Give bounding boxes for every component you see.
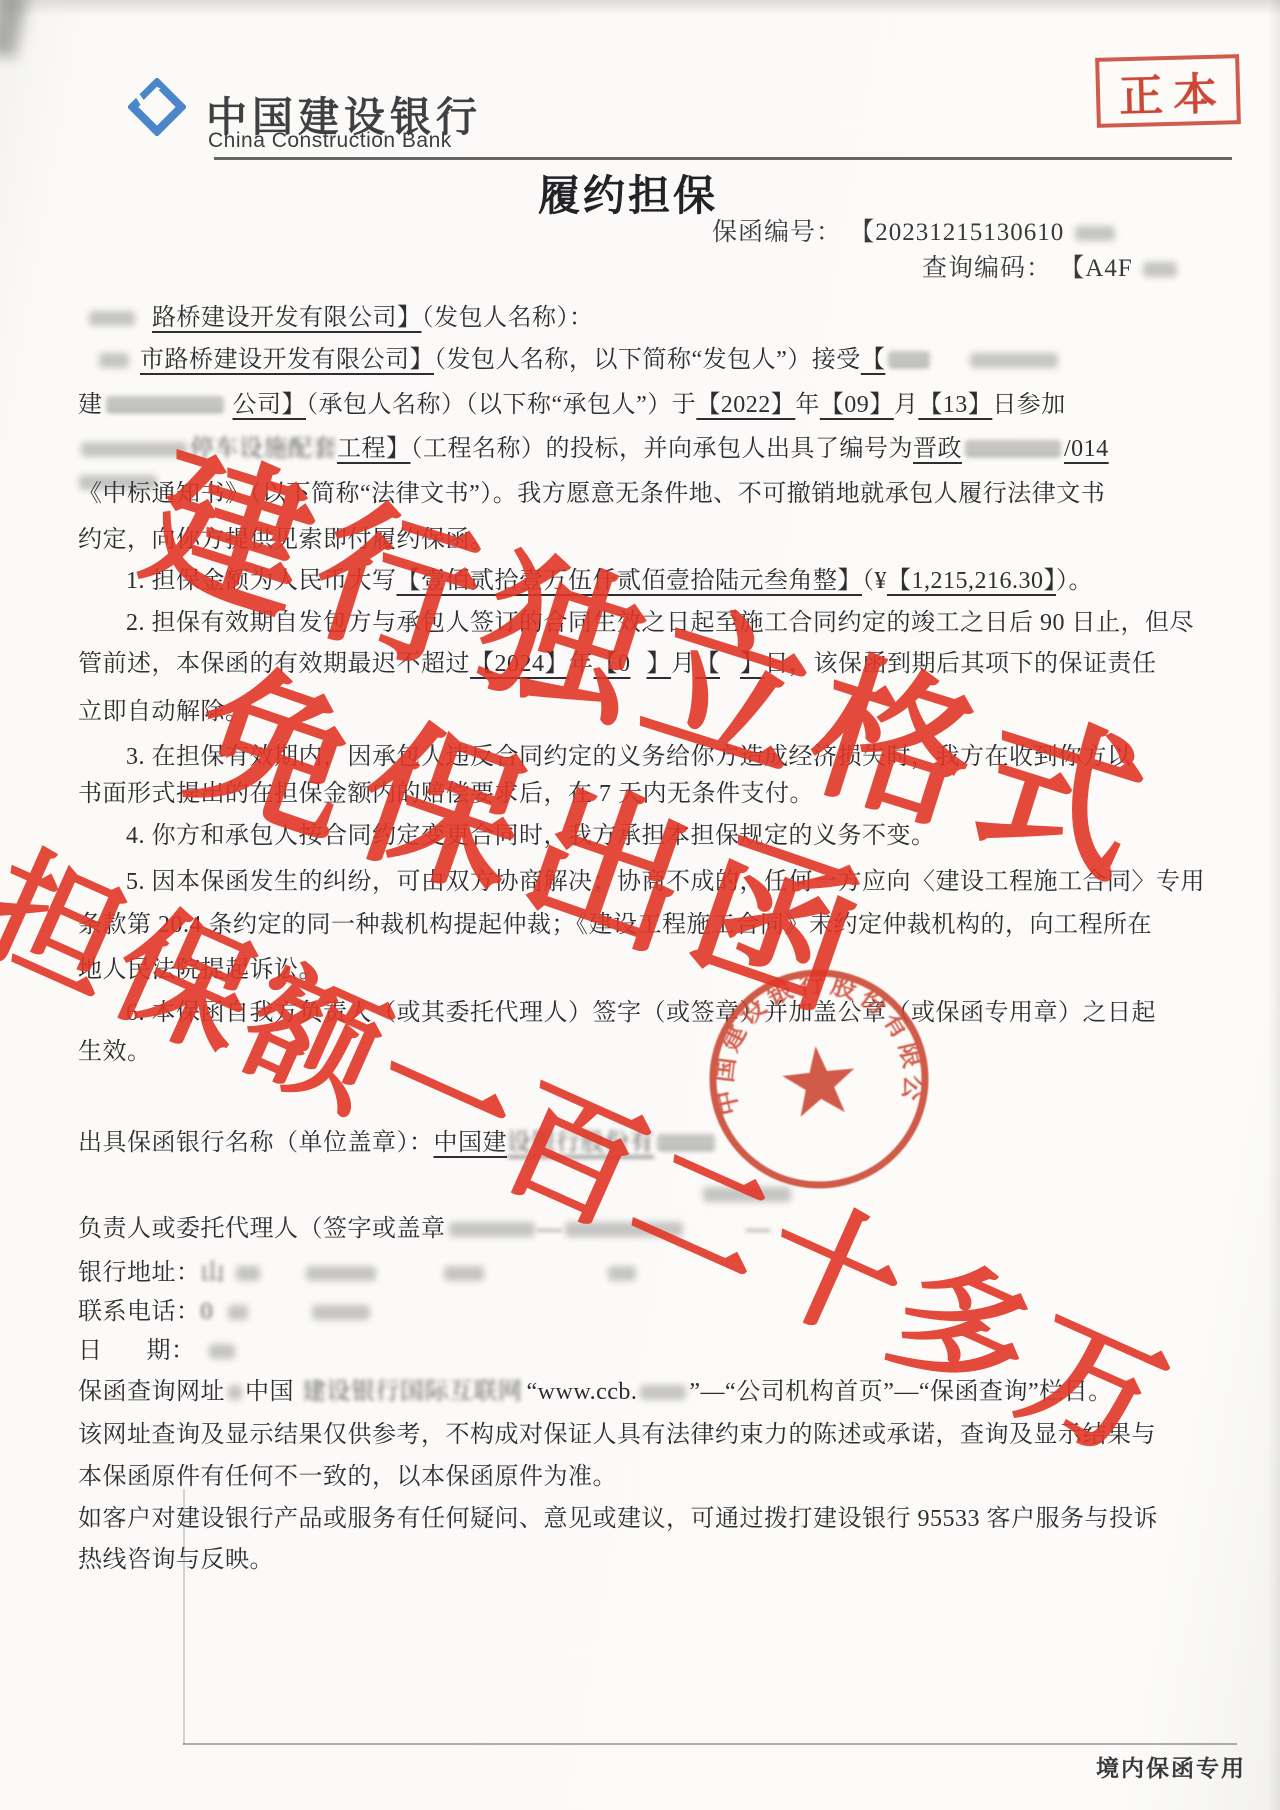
redaction bbox=[228, 1385, 242, 1400]
guarantee-number-label: 保函编号： bbox=[712, 219, 842, 246]
text-segment: 如客户对建设银行产品或服务有任何疑问、意见或建议，可通过拨打建设银行 95533… bbox=[78, 1506, 1158, 1532]
text-segment: （承包人名称）（以下称“承包人”）于 bbox=[306, 392, 696, 418]
text-segment: （工程名称）的投标，并向承包人出具了编号为 bbox=[411, 436, 914, 462]
document-line: 路桥建设开发有限公司】（发包人名称）： bbox=[86, 302, 594, 334]
redaction bbox=[99, 353, 129, 368]
text-segment: /014 bbox=[1064, 436, 1109, 462]
text-segment: 公司】 bbox=[233, 392, 307, 418]
text-segment: 工程】 bbox=[337, 436, 411, 462]
redaction bbox=[965, 440, 1061, 457]
text-segment: 中国 bbox=[245, 1379, 294, 1405]
text-segment: 银行地址： bbox=[78, 1260, 201, 1286]
redaction bbox=[1143, 262, 1177, 277]
document-line: 建公司】（承包人名称）（以下称“承包人”）于【2022】年【09】月【13】日参… bbox=[78, 389, 1066, 421]
text-segment: （发包人名称，以下简称“发包人”）接受 bbox=[434, 347, 861, 373]
text-segment: 负责人或委托代理人（签字或盖章 bbox=[78, 1216, 446, 1242]
text-segment: 山 bbox=[201, 1260, 226, 1286]
text-segment: 保函查询网址 bbox=[78, 1379, 225, 1405]
text-segment: 【13】 bbox=[918, 392, 992, 418]
redaction bbox=[228, 1305, 248, 1320]
redaction bbox=[888, 351, 930, 368]
footer-divider bbox=[183, 1743, 1237, 1745]
text-segment: 市路桥建设开发有限公司】 bbox=[140, 347, 434, 373]
text-segment: ）。 bbox=[1056, 568, 1093, 594]
page-title: 履约担保 bbox=[538, 163, 718, 223]
text-segment: 【09】 bbox=[820, 392, 894, 418]
redaction bbox=[608, 1266, 636, 1281]
text-segment: 晋政 bbox=[913, 436, 962, 462]
text-segment: “www.ccb. bbox=[527, 1379, 638, 1405]
text-segment: 热线咨询与反映。 bbox=[78, 1547, 274, 1573]
redaction bbox=[89, 311, 135, 326]
original-copy-stamp: 正本 bbox=[1095, 54, 1241, 128]
scanned-document: 中国建设银行 China Construction Bank 履约担保 保函编号… bbox=[0, 0, 1280, 1810]
redaction bbox=[449, 1222, 535, 1237]
text-segment: 【1,215,216.30】 bbox=[887, 568, 1056, 594]
text-segment: 建 bbox=[78, 392, 103, 418]
redaction bbox=[640, 1385, 686, 1400]
star-icon bbox=[780, 1042, 859, 1118]
guarantee-number-line: 保函编号： 【20231215130610 bbox=[712, 212, 1118, 248]
redaction bbox=[106, 396, 224, 413]
document-line: 本保函原件有任何不一致的，以本保函原件为准。 bbox=[78, 1461, 617, 1493]
text-segment: 年 bbox=[795, 392, 820, 418]
text-segment: 期： bbox=[147, 1338, 196, 1364]
guarantee-number-value: 【20231215130610 bbox=[849, 219, 1064, 246]
text-segment: 月 bbox=[894, 392, 919, 418]
query-number-label: 查询编码： bbox=[922, 255, 1052, 282]
document-line: 市路桥建设开发有限公司】（发包人名称，以下简称“发包人”）接受【 bbox=[96, 344, 1061, 376]
text-segment: 日参加 bbox=[992, 392, 1066, 418]
document-line: 如客户对建设银行产品或服务有任何疑问、意见或建议，可通过拨打建设银行 95533… bbox=[78, 1503, 1158, 1535]
text-segment: 建设银行国际互联网 bbox=[302, 1379, 523, 1405]
text-segment: 联系电话： bbox=[78, 1299, 201, 1325]
redaction bbox=[312, 1305, 370, 1320]
document-line: 日期： bbox=[78, 1335, 238, 1367]
document-line: 联系电话：0 bbox=[78, 1296, 373, 1328]
footer-label: 境内保函专用 bbox=[1096, 1750, 1246, 1783]
bank-name-en: China Construction Bank bbox=[208, 129, 452, 153]
redaction bbox=[306, 1266, 376, 1281]
text-segment: 路桥建设开发有限公司】 bbox=[152, 305, 422, 331]
text-segment: 日 bbox=[78, 1338, 103, 1364]
document-line: 热线咨询与反映。 bbox=[78, 1544, 274, 1576]
query-number-line: 查询编码： 【A4F bbox=[922, 248, 1180, 284]
redaction bbox=[444, 1266, 484, 1281]
letterhead-divider bbox=[214, 157, 1232, 160]
text-segment: （发包人名称）： bbox=[422, 305, 594, 331]
text-segment: 【 bbox=[861, 347, 886, 373]
scan-corner-smudge bbox=[0, 0, 29, 58]
text-segment: 【2022】 bbox=[696, 392, 795, 418]
redaction bbox=[209, 1344, 235, 1359]
original-copy-stamp-label: 正本 bbox=[1108, 57, 1228, 124]
ccb-logo-icon bbox=[128, 78, 186, 136]
redaction bbox=[236, 1266, 260, 1281]
text-segment: 0 bbox=[201, 1299, 214, 1325]
document-line: 银行地址：山 bbox=[78, 1257, 639, 1289]
redaction bbox=[970, 353, 1058, 368]
text-segment: （¥ bbox=[862, 568, 887, 594]
redaction bbox=[1075, 226, 1115, 241]
text-segment: 本保函原件有任何不一致的，以本保函原件为准。 bbox=[78, 1464, 617, 1490]
query-number-value: 【A4F bbox=[1059, 255, 1132, 282]
